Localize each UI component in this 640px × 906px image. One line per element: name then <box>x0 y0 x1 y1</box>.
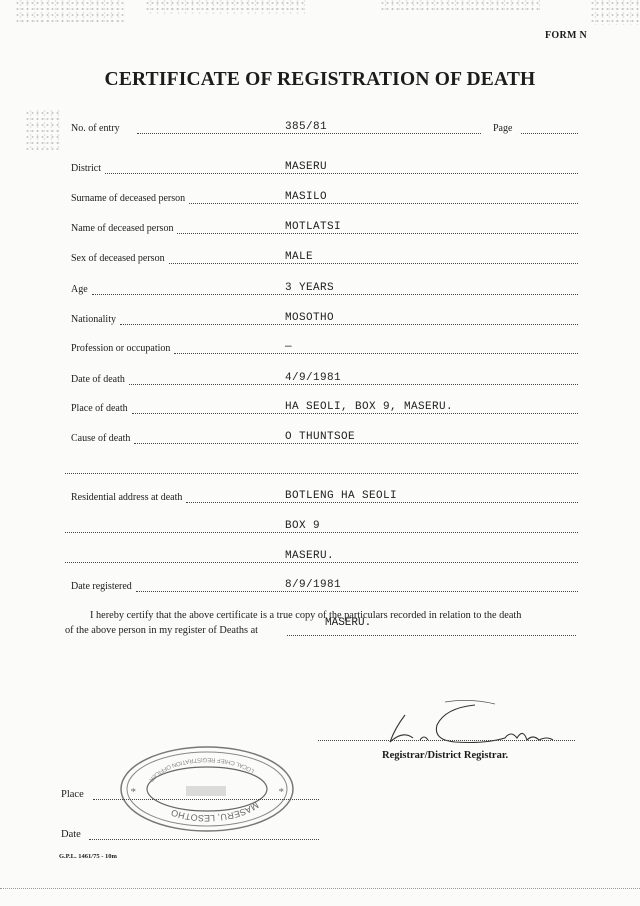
stamp-inner-text: LOCAL CHIEF REGISTRATION OFFICER <box>147 756 256 783</box>
field-value: MASERU. <box>285 550 334 562</box>
scan-noise-top <box>145 0 305 14</box>
scan-noise-right <box>590 0 640 25</box>
place-label: Place <box>61 789 84 800</box>
field-value: 8/9/1981 <box>285 579 341 591</box>
field-line <box>65 562 578 563</box>
field-line <box>120 324 578 325</box>
entry-row: No. of entry 385/81 Page <box>71 120 578 136</box>
field-row: MASERU. <box>71 549 578 565</box>
bottom-edge-line <box>0 888 640 889</box>
field-label: Place of death <box>71 403 128 414</box>
form-code: FORM N <box>545 30 587 41</box>
field-value: MASERU <box>285 161 327 173</box>
registrar-title: Registrar/District Registrar. <box>382 750 508 761</box>
field-label: Date registered <box>71 581 132 592</box>
entry-line <box>137 133 481 134</box>
field-line <box>129 384 578 385</box>
field-label: Nationality <box>71 314 116 325</box>
page-line <box>521 133 578 134</box>
certification-text-2: of the above person in my register of De… <box>65 625 258 636</box>
field-label: Name of deceased person <box>71 223 173 234</box>
field-label: Residential address at death <box>71 492 182 503</box>
field-label: District <box>71 163 101 174</box>
scan-noise-top <box>380 0 540 10</box>
field-line <box>65 532 578 533</box>
field-line <box>136 591 578 592</box>
field-label: Profession or occupation <box>71 343 170 354</box>
stamp-outer-text: MASERU, LESOTHO <box>170 800 261 823</box>
register-place-line <box>287 635 576 636</box>
field-row: Cause of deathO THUNTSOE <box>71 430 578 446</box>
field-value: 3 YEARS <box>285 282 334 294</box>
field-value: HA SEOLI, BOX 9, MASERU. <box>285 401 453 413</box>
field-line <box>177 233 578 234</box>
date-row: Date <box>61 826 319 842</box>
field-row: Profession or occupation— <box>71 340 578 356</box>
entry-label: No. of entry <box>71 123 120 134</box>
field-value: MOTLATSI <box>285 221 341 233</box>
field-value: 4/9/1981 <box>285 372 341 384</box>
certification-text-1: I hereby certify that the above certific… <box>65 608 580 623</box>
field-label: Sex of deceased person <box>71 253 165 264</box>
field-row <box>71 460 578 476</box>
certification-block: I hereby certify that the above certific… <box>65 608 580 638</box>
field-value: BOTLENG HA SEOLI <box>285 490 397 502</box>
signature-line <box>318 740 575 741</box>
field-value: MOSOTHO <box>285 312 334 324</box>
date-label: Date <box>61 829 81 840</box>
print-code: G.P.L. 1461/75 - 10m <box>59 853 117 860</box>
field-value: BOX 9 <box>285 520 320 532</box>
field-row: DistrictMASERU <box>71 160 578 176</box>
field-row: Date registered8/9/1981 <box>71 578 578 594</box>
field-row: Place of deathHA SEOLI, BOX 9, MASERU. <box>71 400 578 416</box>
field-value: — <box>285 341 292 353</box>
field-row: Name of deceased personMOTLATSI <box>71 220 578 236</box>
field-line <box>92 294 578 295</box>
svg-text:MASERU, LESOTHO: MASERU, LESOTHO <box>170 800 261 823</box>
field-line <box>169 263 578 264</box>
field-label: Age <box>71 284 88 295</box>
place-line <box>93 799 319 800</box>
field-value: O THUNTSOE <box>285 431 355 443</box>
field-row: Age3 YEARS <box>71 281 578 297</box>
field-line <box>134 443 578 444</box>
field-line <box>132 413 578 414</box>
field-row: Sex of deceased personMALE <box>71 250 578 266</box>
field-line <box>174 353 578 354</box>
field-line <box>186 502 578 503</box>
field-row: Surname of deceased personMASILO <box>71 190 578 206</box>
field-value: MASILO <box>285 191 327 203</box>
field-line <box>189 203 578 204</box>
place-row: Place <box>61 786 319 802</box>
date-line <box>89 839 319 840</box>
field-label: Date of death <box>71 374 125 385</box>
field-row: NationalityMOSOTHO <box>71 311 578 327</box>
field-row: Residential address at deathBOTLENG HA S… <box>71 489 578 505</box>
document-title: CERTIFICATE OF REGISTRATION OF DEATH <box>0 69 640 91</box>
scan-noise-top <box>15 0 125 22</box>
page-label: Page <box>493 123 512 134</box>
svg-text:LOCAL CHIEF REGISTRATION OFFIC: LOCAL CHIEF REGISTRATION OFFICER <box>147 756 256 783</box>
field-row: BOX 9 <box>71 519 578 535</box>
field-line <box>65 473 578 474</box>
register-place-value: MASERU. <box>325 616 371 631</box>
scan-noise-left <box>25 110 60 150</box>
registrar-signature <box>375 700 575 750</box>
field-label: Surname of deceased person <box>71 193 185 204</box>
field-value: MALE <box>285 251 313 263</box>
entry-value: 385/81 <box>285 121 327 133</box>
field-row: Date of death4/9/1981 <box>71 371 578 387</box>
field-label: Cause of death <box>71 433 130 444</box>
field-line <box>105 173 578 174</box>
